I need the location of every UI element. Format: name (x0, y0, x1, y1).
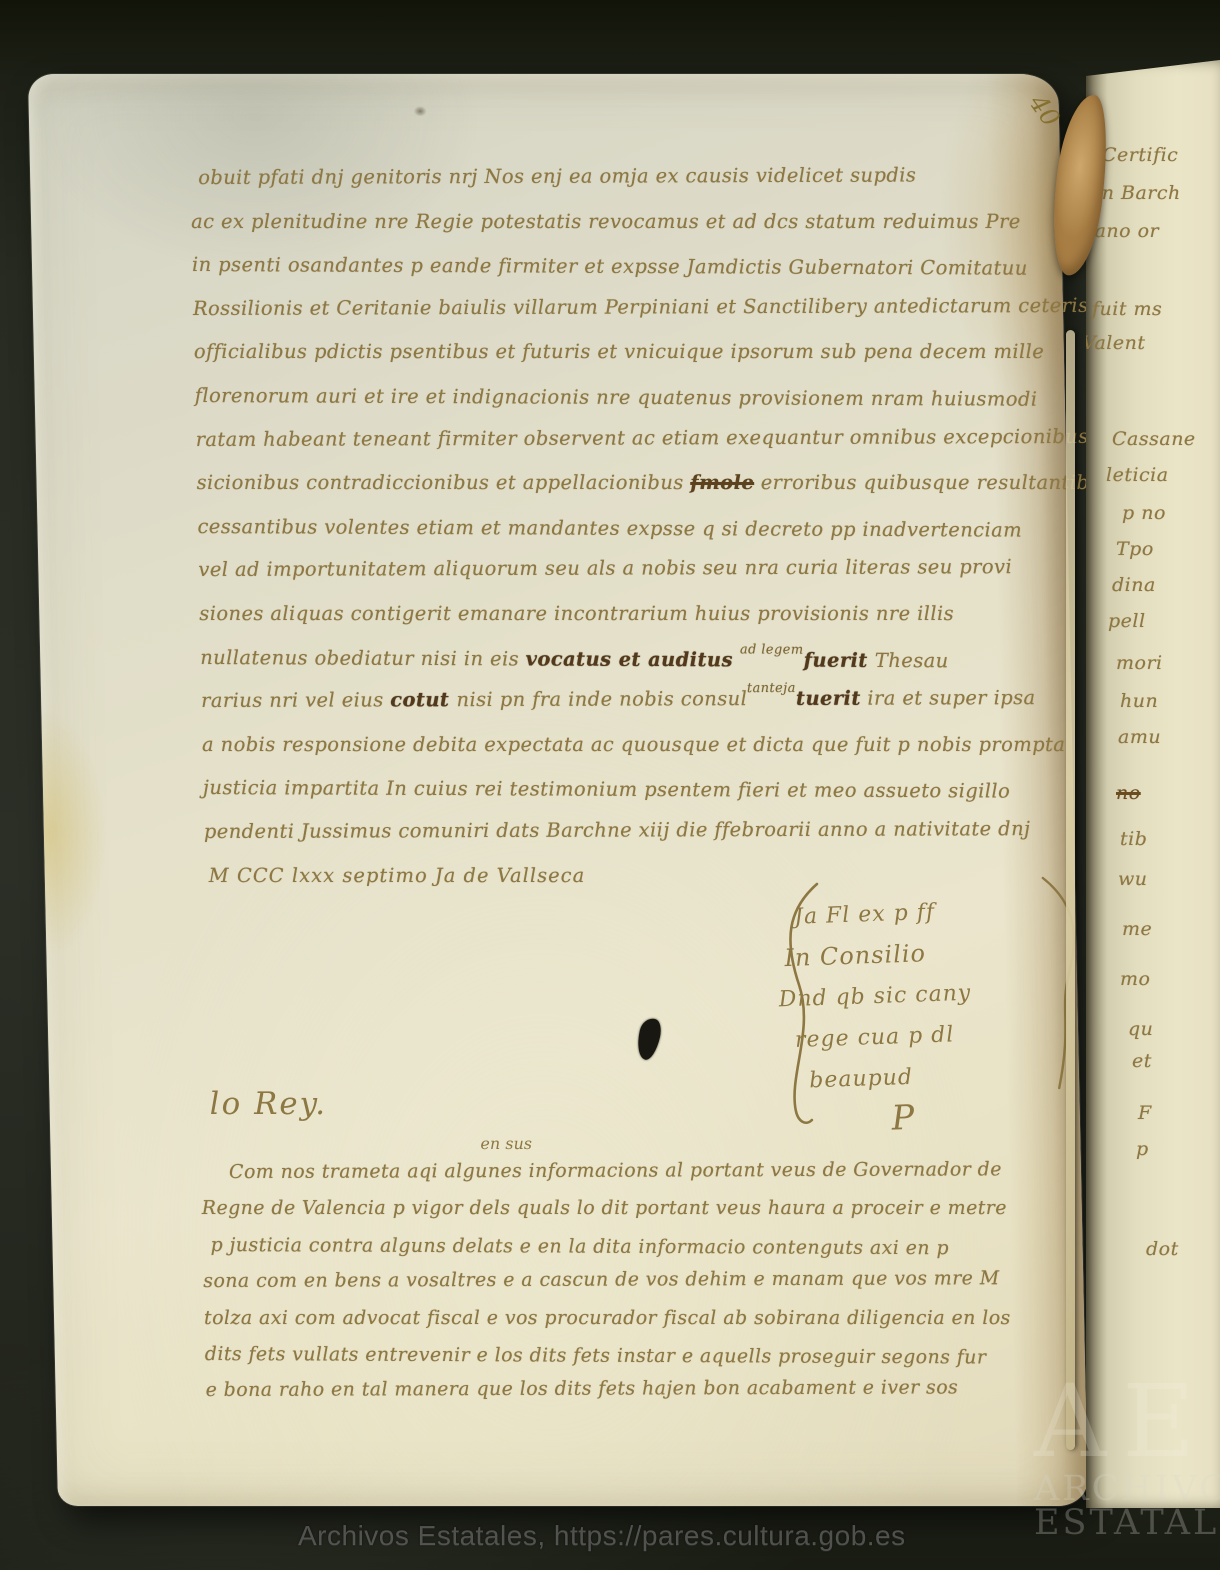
adjacent-page-line: dot (1146, 1238, 1179, 1260)
archive-logo-word-2: ESTATALES (1034, 1506, 1220, 1540)
adjacent-page-line: fuit ms (1092, 298, 1162, 320)
adjacent-page-line: hun (1120, 690, 1158, 712)
manuscript-segment: Rossilionis et Ceritanie baiulis villaru… (193, 294, 1127, 320)
manuscript-segment: a nobis responsione debita expectata ac … (202, 733, 1066, 756)
adjacent-page-line: pell (1108, 610, 1146, 632)
manuscript-line: tolza axi com advocat fiscal e vos procu… (204, 1300, 1110, 1336)
page-fore-edge (1066, 330, 1075, 1450)
manuscript-segment: nisi pn fra inde nobis consul (456, 687, 747, 711)
manuscript-segment: ac ex plenitudine nre Regie potestatis r… (191, 210, 1021, 233)
manuscript-line: rarius nri vel eius cotut nisi pn fra in… (201, 676, 1084, 723)
ink-blot (634, 1016, 664, 1062)
adjacent-page-line: Certific (1102, 144, 1178, 166)
manuscript-segment: erroribus quibusque resultantibus (754, 471, 1113, 494)
manuscript-segment: obuit pfati dnj genitoris nrj Nos enj ea… (198, 163, 917, 189)
manuscript-segment: siones aliquas contigerit emanare incont… (199, 602, 954, 625)
signature-line: P (890, 1092, 1074, 1139)
archive-logo-watermark: AE ARCHIVOS ESTATALES (1034, 1372, 1220, 1540)
manuscript-line: florenorum auri et ire et indignacionis … (194, 374, 1077, 421)
lo-rey-heading: lo Rey. (209, 1086, 327, 1122)
manuscript-segment: rarius nri vel eius (201, 688, 391, 712)
manuscript-line: Rossilionis et Ceritanie baiulis villaru… (192, 284, 1075, 331)
archive-logo-word-1: ARCHIVOS (1034, 1472, 1220, 1506)
manuscript-segment: officialibus pdictis psentibus et futuri… (194, 340, 1045, 363)
manuscript-line: sona com en bens a vosaltres e a cascun … (203, 1260, 1109, 1300)
manuscript-line: officialibus pdictis psentibus et futuri… (193, 330, 1076, 374)
manuscript-line: Com nos trameta aqi algunes informacions… (229, 1151, 1107, 1190)
manuscript-segment: tuerit (796, 687, 861, 710)
adjacent-page-line: qu (1128, 1018, 1153, 1040)
manuscript-segment: fuerit (803, 648, 875, 671)
chancery-signature-block: Ja Fl ex p ffIn ConsilioDnd qb sic canyr… (793, 887, 1074, 1142)
adjacent-page-line: amu (1118, 726, 1161, 748)
adjacent-page-strip: Certificen Barchlano orfuit msValentCass… (1086, 60, 1220, 1508)
manuscript-segment: justicia impartita In cuius rei testimon… (203, 776, 1011, 803)
manuscript-segment: fmole (690, 471, 754, 494)
manuscript-line: Regne de Valencia p vigor dels quals lo … (201, 1190, 1107, 1226)
manuscript-line: vel ad importunitatem aliquorum seu als … (198, 545, 1081, 592)
manuscript-segment: cotut (390, 688, 457, 711)
manuscript-segment: in psenti osandantes p eande firmiter et… (192, 253, 1028, 280)
adjacent-page-line: me (1122, 918, 1152, 940)
manuscript-photo: 40 obuit pfati dnj genitoris nrj Nos enj… (0, 0, 1220, 1570)
folio-number: 40 (1024, 89, 1066, 132)
adjacent-page-line: mori (1116, 652, 1163, 674)
manuscript-line: e bona raho en tal manera que los dits f… (205, 1369, 1111, 1409)
manuscript-segment: ad legem (740, 642, 804, 657)
adjacent-page-line: Cassane (1112, 428, 1196, 450)
manuscript-segment: M CCC lxxx septimo Ja de Vallseca (209, 864, 586, 887)
adjacent-page-line: Valent (1086, 332, 1146, 354)
manuscript-line: sicionibus contradiccionibus et appellac… (196, 461, 1079, 505)
manuscript-segment: tanteja (747, 681, 796, 696)
manuscript-segment: sicionibus contradiccionibus et appellac… (196, 471, 690, 494)
manuscript-segment: ratam habeant teneant firmiter observent… (195, 424, 1145, 450)
manuscript-line: siones aliquas contigerit emanare incont… (199, 592, 1082, 636)
catalan-text-block: Com nos trameta aqi algunes informacions… (201, 1154, 1111, 1409)
manuscript-segment: pendenti Jussimus comuniri dats Barchne … (204, 817, 1031, 843)
manuscript-line: ac ex plenitudine nre Regie potestatis r… (191, 200, 1074, 244)
manuscript-segment: vocatus et auditus (525, 647, 740, 671)
adjacent-page-line: et (1132, 1050, 1152, 1072)
manuscript-segment: cessantibus volentes etiam et mandantes … (197, 515, 1022, 542)
adjacent-page-line: Tpo (1116, 538, 1154, 560)
adjacent-page-line: tib (1120, 828, 1147, 850)
archive-watermark-text: Archivos Estatales, https://pares.cultur… (298, 1520, 906, 1552)
manuscript-line: pendenti Jussimus comuniri dats Barchne … (203, 807, 1086, 854)
adjacent-page-line: no (1116, 782, 1141, 804)
manuscript-line: obuit pfati dnj genitoris nrj Nos enj ea… (198, 153, 1073, 200)
interline-note: en sus (480, 1134, 532, 1153)
archive-logo-initials: AE (1034, 1372, 1220, 1472)
adjacent-page-line: mo (1120, 968, 1150, 990)
manuscript-page: 40 obuit pfati dnj genitoris nrj Nos enj… (28, 74, 1088, 1506)
adjacent-page-line: dina (1112, 574, 1156, 596)
manuscript-line: a nobis responsione debita expectata ac … (202, 723, 1085, 767)
adjacent-page-line: lano or (1088, 220, 1159, 242)
manuscript-segment: ira et super ipsa (860, 686, 1035, 710)
manuscript-segment: nullatenus obediatur nisi in eis (200, 646, 526, 670)
adjacent-page-line: leticia (1106, 464, 1169, 486)
adjacent-page-line: p (1136, 1138, 1149, 1160)
latin-text-block: obuit pfati dnj genitoris nrj Nos enj ea… (190, 156, 1088, 897)
manuscript-segment: Thesau (875, 648, 949, 671)
manuscript-segment: florenorum auri et ire et indignacionis … (195, 384, 1038, 411)
adjacent-page-line: wu (1118, 868, 1148, 890)
manuscript-line: ratam habeant teneant firmiter observent… (195, 414, 1078, 461)
adjacent-page-line: p no (1122, 502, 1166, 524)
manuscript-segment: vel ad importunitatem aliquorum seu als … (198, 556, 1012, 582)
adjacent-page-line: F (1138, 1102, 1152, 1124)
